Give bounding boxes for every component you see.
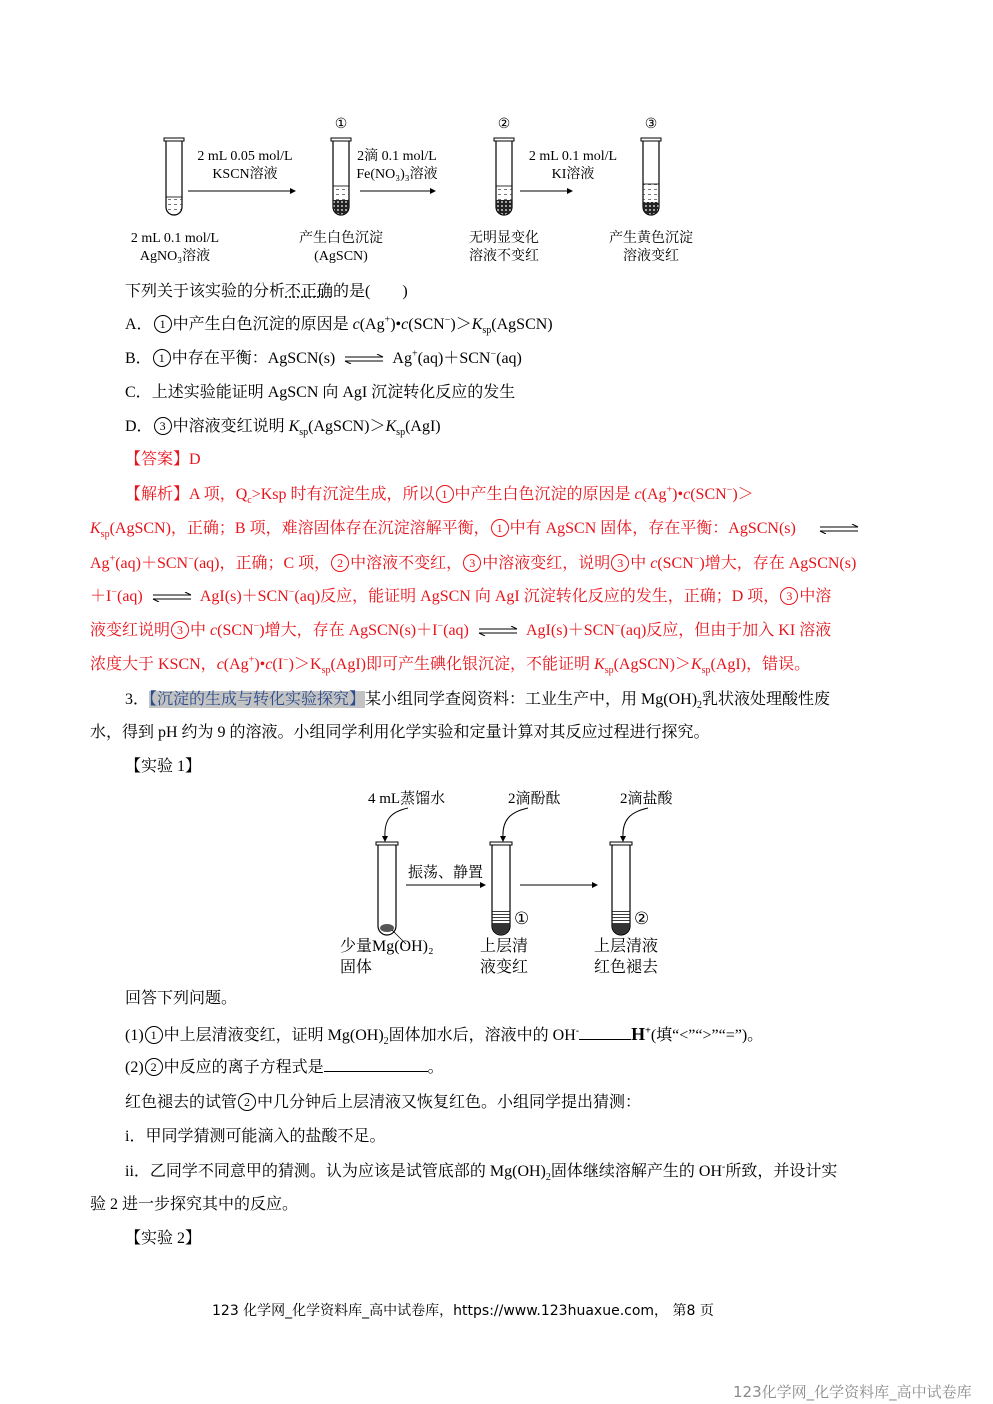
option-letter: B． <box>125 350 152 367</box>
circled-2-icon: 2 <box>238 1093 256 1111</box>
option-letter: A． <box>125 316 153 333</box>
watermark: 123化学网_化学资料库_高中试卷库 <box>733 1381 972 1402</box>
footer-text: 123 化学网_化学资料库_高中试卷库，https://www.123huaxu… <box>212 1303 668 1319</box>
test-tube-3 <box>641 138 661 215</box>
arrow-label-shake: 振荡、静置 <box>408 864 483 882</box>
arrow-label-2-line2: Fe(NO₃)₃溶液 <box>352 166 442 184</box>
analysis-text: 中 <box>630 555 646 572</box>
option-text: 中存在平衡：AgSCN(s) <box>172 350 336 367</box>
analysis-label: 【解析】 <box>125 486 189 503</box>
guess-text: 所致，并设计实 <box>725 1163 837 1180</box>
tube-label-3: ③ <box>641 116 661 134</box>
analysis-text: A 项，Q <box>189 486 247 503</box>
equilibrium-arrow-icon <box>477 626 519 636</box>
caption-line: 溶液变红 <box>596 248 706 266</box>
caption-line: (AgSCN) <box>286 248 396 266</box>
caption-line: 液变红 <box>480 957 528 978</box>
option-text: 上述实验能证明 AgSCN 向 AgI 沉淀转化反应的发生 <box>152 384 516 401</box>
circled-2-icon: 2 <box>145 1058 163 1076</box>
subquestion-text: 中上层清液变红，证明 Mg(OH) <box>164 1027 384 1044</box>
stem-text: 下列关于该实验的分析 <box>125 283 285 300</box>
option-b: B．1中存在平衡：AgSCN(s) Ag+(aq)＋SCN−(aq) <box>125 349 522 369</box>
caption-line: 上层清液 <box>594 936 658 957</box>
analysis-text: AgI(s)＋SCN <box>526 622 615 639</box>
analysis-text: 中有 AgSCN 固体，存在平衡：AgSCN(s) <box>510 520 796 537</box>
subquestion-1: (1)1中上层清液变红，证明 Mg(OH)2固体加水后，溶液中的 OH-H+(填… <box>125 1024 763 1046</box>
arrow-label-1-line1: 2 mL 0.05 mol/L <box>190 148 300 166</box>
analysis-text: 增大，存在 AgSCN(s) <box>705 555 857 572</box>
subquestion-end: 。 <box>428 1059 444 1076</box>
option-c: C．上述实验能证明 AgSCN 向 AgI 沉淀转化反应的发生 <box>125 383 515 403</box>
analysis-line-1: 【解析】A 项，Qc>Ksp 时有沉淀生成，所以1中产生白色沉淀的原因是 c(A… <box>125 485 754 505</box>
circled-3-icon: 3 <box>171 621 189 639</box>
topic-tag: 【沉淀的生成与转化实验探究】 <box>149 691 365 708</box>
caption-line: 产生黄色沉淀 <box>596 230 706 248</box>
test-tube-0 <box>164 138 184 215</box>
question-stem: 下列关于该实验的分析不正确的是( ) <box>125 282 408 302</box>
tube-caption-0: 2 mL 0.1 mol/L AgNO₃溶液 <box>120 230 230 266</box>
analysis-text: (AgSCN)，正确；B 项，难溶固体存在沉淀溶解平衡， <box>110 520 490 537</box>
caption-line: 2 mL 0.1 mol/L <box>120 230 230 248</box>
analysis-text: (aq)，正确；C 项， <box>194 555 330 572</box>
question-number: 3． <box>125 691 149 708</box>
caption-line: 红色褪去 <box>594 957 658 978</box>
circled-1-icon: 1 <box>145 1026 163 1044</box>
arrow-label-3: 2 mL 0.1 mol/L KI溶液 <box>518 148 628 184</box>
guess-i: i．甲同学猜测可能滴入的盐酸不足。 <box>125 1127 385 1147</box>
analysis-line-2: Ksp(AgSCN)，正确；B 项，难溶固体存在沉淀溶解平衡，1中有 AgSCN… <box>90 519 864 539</box>
tube-caption-2: 无明显变化 溶液不变红 <box>449 230 559 266</box>
option-letter: D． <box>125 418 153 435</box>
observation-line: 红色褪去的试管2中几分钟后上层清液又恢复红色。小组同学提出猜测： <box>125 1093 641 1113</box>
caption-line: 无明显变化 <box>449 230 559 248</box>
caption-line: 溶液不变红 <box>449 248 559 266</box>
analysis-text: (aq) <box>443 622 469 639</box>
stem-emphasis: 不正确 <box>285 283 333 300</box>
question3-intro-1: 3．【沉淀的生成与转化实验探究】某小组同学查阅资料：工业生产中，用 Mg(OH)… <box>125 690 830 710</box>
guess-text: ii．乙同学不同意甲的猜测。认为应该是试管底部的 Mg(OH) <box>125 1163 546 1180</box>
circled-3-icon: 3 <box>780 587 798 605</box>
guess-text: 验 2 进一步探究其中的反应。 <box>90 1196 298 1213</box>
observation-text: 红色褪去的试管 <box>125 1094 237 1111</box>
arrow-label-3-line1: 2 mL 0.1 mol/L <box>518 148 628 166</box>
option-text: 中溶液变红说明 <box>173 418 285 435</box>
answer-blank-2[interactable] <box>324 1071 428 1072</box>
reagent-label-hcl: 2滴盐酸 <box>620 790 673 808</box>
circled-1-icon: 1 <box>154 315 172 333</box>
circled-1-icon: 1 <box>491 519 509 537</box>
caption-line: 产生白色沉淀 <box>286 230 396 248</box>
page-number: 第8 页 <box>673 1303 714 1319</box>
guess-text: i．甲同学猜测可能滴入的盐酸不足。 <box>125 1128 385 1145</box>
tube-label-1: ① <box>331 116 351 134</box>
h-plus-label: H <box>631 1024 645 1044</box>
analysis-text: >Ksp 时有沉淀生成，所以 <box>252 486 435 503</box>
intro-text: 某小组同学查阅资料：工业生产中，用 Mg(OH) <box>365 691 697 708</box>
diagram-mgoh2-experiment: 4 mL蒸馏水 2滴酚酞 2滴盐酸 振荡、静置 ① ② 少量Mg(OH)₂ 固体… <box>340 784 700 980</box>
equilibrium-arrow-icon <box>343 354 385 364</box>
observation-text: 中几分钟后上层清液又恢复红色。小组同学提出猜测： <box>257 1094 641 1111</box>
option-letter: C． <box>125 384 152 401</box>
experiment2-label: 【实验 2】 <box>125 1229 201 1249</box>
guess-ii: ii．乙同学不同意甲的猜测。认为应该是试管底部的 Mg(OH)2固体继续溶解产生… <box>125 1162 837 1182</box>
subquestion-hint: (填“<”“>”“=”)。 <box>651 1027 763 1044</box>
arrow-label-1: 2 mL 0.05 mol/L KSCN溶液 <box>190 148 300 184</box>
analysis-text: (aq)反应，但由于加入 KI 溶液 <box>621 622 832 639</box>
tube-caption-b: 上层清 液变红 <box>480 936 528 978</box>
option-a: A．1中产生白色沉淀的原因是 c(Ag+)•c(SCN−)＞Ksp(AgSCN) <box>125 315 553 335</box>
tube-caption-c: 上层清液 红色褪去 <box>594 936 658 978</box>
analysis-text: 中溶液变红，说明 <box>482 555 610 572</box>
tube-caption-1: 产生白色沉淀 (AgSCN) <box>286 230 396 266</box>
diagram-agscn-experiment: ① ② ③ 2 mL 0.05 mol/L KSCN溶液 2滴 0.1 mol/… <box>120 112 720 272</box>
analysis-text: 液变红说明 <box>90 622 170 639</box>
caption-line: 固体 <box>340 957 434 978</box>
equilibrium-arrow-icon <box>818 524 860 534</box>
analysis-text: 中 <box>190 622 206 639</box>
reagent-label-phenolphthalein: 2滴酚酞 <box>508 790 561 808</box>
circled-1-icon: 1 <box>436 485 454 503</box>
prompt-text: 回答下列问题。 <box>125 990 237 1007</box>
intro-text: 水，得到 pH 约为 9 的溶液。小组同学利用化学实验和定量计算对其反应过程进行… <box>90 724 710 741</box>
circled-3-icon: 3 <box>463 554 481 572</box>
analysis-text: 中溶 <box>799 588 831 605</box>
guess-text: 固体继续溶解产生的 OH <box>551 1163 722 1180</box>
experiment-label: 【实验 1】 <box>125 758 201 775</box>
test-tube-2 <box>494 138 514 215</box>
analysis-text: (aq)反应，能证明 AgSCN 向 AgI 沉淀转化反应的发生，正确；D 项， <box>294 588 779 605</box>
intro-text: 乳状液处理酸性废 <box>702 691 830 708</box>
tube-caption-a: 少量Mg(OH)₂ 固体 <box>340 936 434 978</box>
caption-line: AgNO₃溶液 <box>120 248 230 266</box>
equilibrium-arrow-icon <box>151 592 193 602</box>
subquestion-2: (2)2中反应的离子方程式是。 <box>125 1058 444 1078</box>
tube-caption-3: 产生黄色沉淀 溶液变红 <box>596 230 706 266</box>
subquestion-number: (1) <box>125 1027 144 1044</box>
experiment1-label: 【实验 1】 <box>125 757 201 777</box>
analysis-text: (aq)＋SCN <box>115 555 188 572</box>
analysis-text: 中产生白色沉淀的原因是 <box>455 486 631 503</box>
analysis-text: ，错误。 <box>746 656 810 673</box>
option-text: 中产生白色沉淀的原因是 <box>173 316 349 333</box>
experiment-label: 【实验 2】 <box>125 1230 201 1247</box>
analysis-line-5: 液变红说明3中 c(SCN−)增大，存在 AgSCN(s)＋I−(aq) AgI… <box>90 621 831 641</box>
subquestion-number: (2) <box>125 1059 144 1076</box>
analysis-text: (AgI)即可产生碘化银沉淀，不能证明 <box>330 656 590 673</box>
arrow-label-1-line2: KSCN溶液 <box>190 166 300 184</box>
answer-label: 【答案】 <box>125 451 189 468</box>
reagent-label-water: 4 mL蒸馏水 <box>368 790 445 808</box>
caption-line: 上层清 <box>480 936 528 957</box>
page-footer: 123 化学网_化学资料库_高中试卷库，https://www.123huaxu… <box>212 1300 714 1320</box>
analysis-text: 浓度大于 KSCN， <box>90 656 217 673</box>
circled-1-icon: 1 <box>153 349 171 367</box>
answer-line: 【答案】D <box>125 450 201 470</box>
test-tube-1 <box>331 138 351 215</box>
subquestion-text: 中反应的离子方程式是 <box>164 1059 324 1076</box>
subquestion-text: 固体加水后，溶液中的 OH <box>389 1027 576 1044</box>
option-d: D．3中溶液变红说明 Ksp(AgSCN)＞Ksp(AgI) <box>125 417 441 437</box>
circled-3-icon: 3 <box>154 417 172 435</box>
answer-value: D <box>189 451 201 468</box>
tube-mark-2: ② <box>634 910 649 928</box>
circled-3-icon: 3 <box>611 554 629 572</box>
arrow-label-2-line1: 2滴 0.1 mol/L <box>352 148 442 166</box>
stem-text-end: 的是( ) <box>333 283 408 300</box>
arrow-label-3-line2: KI溶液 <box>518 166 628 184</box>
analysis-text: 增大，存在 AgSCN(s)＋I <box>265 622 438 639</box>
analysis-line-3: Ag+(aq)＋SCN−(aq)，正确；C 项，2中溶液不变红，3中溶液变红，说… <box>90 554 856 574</box>
analysis-line-4: ＋I−(aq) AgI(s)＋SCN−(aq)反应，能证明 AgSCN 向 Ag… <box>90 587 831 607</box>
circled-2-icon: 2 <box>331 554 349 572</box>
question3-intro-2: 水，得到 pH 约为 9 的溶液。小组同学利用化学实验和定量计算对其反应过程进行… <box>90 723 710 743</box>
analysis-line-6: 浓度大于 KSCN，c(Ag+)•c(I−)＞Ksp(AgI)即可产生碘化银沉淀… <box>90 655 810 675</box>
analysis-text: AgI(s)＋SCN <box>200 588 289 605</box>
tube-label-2: ② <box>494 116 514 134</box>
answer-prompt: 回答下列问题。 <box>125 989 237 1009</box>
tube-mark-1: ① <box>514 910 529 928</box>
arrow-label-2: 2滴 0.1 mol/L Fe(NO₃)₃溶液 <box>352 148 442 184</box>
answer-blank-1[interactable] <box>579 1039 631 1040</box>
caption-line: 少量Mg(OH)₂ <box>340 936 434 957</box>
guess-ii-cont: 验 2 进一步探究其中的反应。 <box>90 1195 298 1215</box>
analysis-text: (aq) <box>117 588 143 605</box>
analysis-text: 中溶液不变红， <box>350 555 462 572</box>
